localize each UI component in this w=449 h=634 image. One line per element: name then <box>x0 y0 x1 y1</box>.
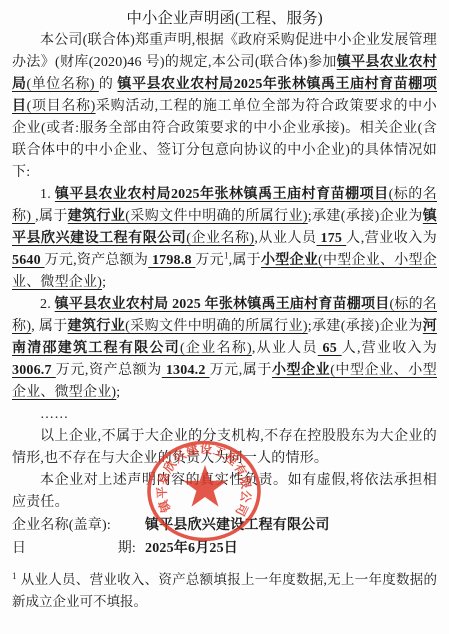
text-segment: 万元,属于 <box>210 363 272 378</box>
text-segment: 万元 <box>195 253 224 268</box>
text-segment: ,属于 <box>35 209 68 224</box>
date-row: 日 期: 2025年6月25日 <box>12 537 437 560</box>
text-segment: 人,营业收入为 <box>342 341 437 356</box>
text-segment: 1. <box>40 187 55 202</box>
text-segment: (采购文件中明确的所属行业) <box>125 319 308 334</box>
text-segment: (项目名称) <box>27 99 96 114</box>
text-segment: 1304.2 <box>162 363 210 378</box>
paragraph-ellipsis: …… <box>12 404 437 426</box>
text-segment: ; <box>102 275 106 290</box>
text-segment: 人,营业收入为 <box>346 231 437 246</box>
text-segment: 小型企业 <box>272 363 330 378</box>
text-segment: 5640 <box>12 253 45 268</box>
text-segment: 2. <box>40 297 55 312</box>
footnote: 1从业人员、营业收入、资产总额填报上一年度数据,无上一年度数据的新成立企业可不填… <box>12 569 437 613</box>
footnote-text: 从业人员、营业收入、资产总额填报上一年度数据,无上一年度数据的新成立企业可不填报… <box>12 572 437 609</box>
text-segment: ,从业人员 <box>252 341 318 356</box>
text-segment: 镇平县农业农村局2025年张林镇禹王庙村育苗棚项目 <box>55 187 389 202</box>
text-segment: (采购文件中明确的所属行业) <box>125 209 307 224</box>
text-segment: ,从业人员 <box>254 231 316 246</box>
text-segment: ; <box>116 385 120 400</box>
paragraph-responsibility: 本企业对上述声明内容的真实性负责。如有虚假,将依法承担相应责任。 <box>12 470 437 514</box>
text-segment: (单位名称) <box>27 77 99 92</box>
text-segment: ,属于 <box>229 253 261 268</box>
text-segment: (企业名称) <box>180 341 252 356</box>
text-segment: 65 <box>318 341 342 356</box>
date-label: 日 期: <box>12 537 136 560</box>
text-segment: 1798.8 <box>148 253 195 268</box>
text-segment: ;承建(承接)企业为 <box>308 209 423 224</box>
text-segment: 万元,资产总额为 <box>56 363 162 378</box>
paragraph-item-2: 2. 镇平县农业农村局 2025 年张林镇禹王庙村育苗棚项目(标的名称), 属于… <box>12 294 437 404</box>
text-segment: 建筑行业 <box>68 209 126 224</box>
paragraph-item-1: 1. 镇平县农业农村局2025年张林镇禹王庙村育苗棚项目(标的名称) ,属于建筑… <box>12 184 437 294</box>
text-segment: , 属于 <box>31 319 67 334</box>
text-segment: 小型企业 <box>261 253 318 268</box>
text-segment: ;承建(承接)企业为 <box>308 319 423 334</box>
company-name-value: 镇平县欣兴建设工程有限公司 <box>145 514 330 537</box>
text-segment: 镇平县农业农村局 2025 年张林镇禹王庙村育苗棚项目 <box>55 297 390 312</box>
date-label-left: 日 <box>12 537 26 560</box>
paragraph-no-big-enterprise: 以上企业,不属于大企业的分支机构,不存在控股股东为大企业的情形,也不存在与大企业… <box>12 426 437 470</box>
page-title: 中小企业声明函(工程、服务) <box>12 7 437 30</box>
text-segment: 的 <box>99 77 118 92</box>
company-name-label: 企业名称(盖章): <box>12 514 136 537</box>
text-segment: (企业名称) <box>186 231 254 246</box>
text-segment: 3006.7 <box>12 363 56 378</box>
footnote-marker: 1 <box>12 571 17 581</box>
declaration-document-page: 中小企业声明函(工程、服务) 本公司(联合体)郑重声明,根据《政府采购促进中小企… <box>0 0 449 634</box>
paragraph-declaration: 本公司(联合体)郑重声明,根据《政府采购促进中小企业发展管理办法》(财库(202… <box>12 30 437 184</box>
text-segment: 建筑行业 <box>68 319 126 334</box>
date-value: 2025年6月25日 <box>145 537 238 560</box>
company-name-row: 企业名称(盖章): 镇平县欣兴建设工程有限公司 <box>12 514 437 537</box>
text-segment: 175 <box>317 231 347 246</box>
date-label-right: 期: <box>118 537 136 560</box>
text-segment: 万元,资产总额为 <box>45 253 149 268</box>
